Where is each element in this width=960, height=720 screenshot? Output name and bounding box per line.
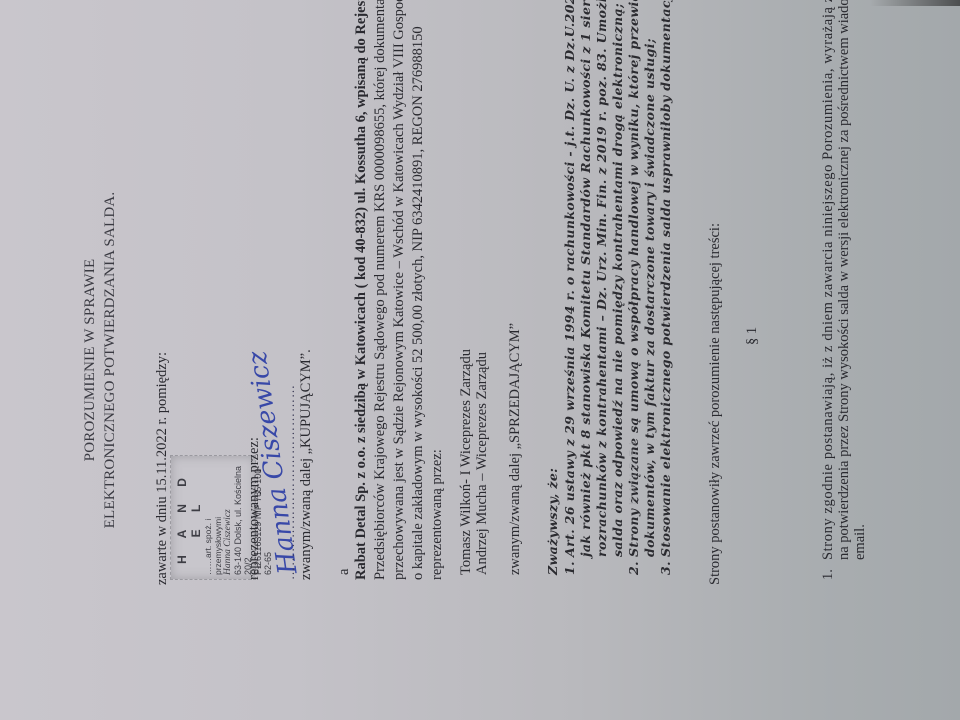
whereas-item-1-line-3: rozrachunków z kontrahentami – Dz. Urz. … — [594, 0, 609, 557]
seller-line-5: reprezentowaną przez: — [427, 449, 447, 580]
whereas-item-1-line-2: jak również pkt 8 stanowiska Komitetu St… — [578, 0, 593, 557]
clause-1-line-3: email. — [850, 524, 870, 560]
intro-text: zawarte w dniu 15.11.2022 r. pomiędzy: — [152, 352, 172, 585]
whereas-item-1-num: 1. — [562, 561, 577, 575]
seller-line-3: przechowywana jest w Sądzie Rejonowym Ka… — [389, 0, 409, 580]
buyer-called-text: zwanym/zwaną dalej „KUPUJĄCYM”. — [298, 349, 314, 580]
whereas-item-3-num: 3. — [658, 561, 673, 575]
document-title-line-2: ELEKTRONICZNEGO POTWIERDZANIA SALDA. — [102, 0, 119, 720]
buyer-called: zwanym/zwaną dalej „KUPUJĄCYM”. — [296, 349, 316, 580]
document-title-line-1: POROZUMIENIE W SPRAWIE — [82, 0, 99, 720]
seller-line-2: Przedsiębiorców Krajowego Rejestru Sądow… — [370, 0, 390, 580]
seller-line-4: o kapitale zakładowym w wysokości 52 500… — [408, 26, 428, 580]
seller-line-1: Rabat Detal Sp. z o.o. z siedzibą w Kato… — [351, 0, 371, 580]
clause-1-line-2: na potwierdzenia przez Strony wysokości … — [834, 0, 854, 560]
whereas-item-1-line-4: salda oraz odpowiedź na nie pomiędzy kon… — [610, 3, 625, 557]
faint-stamp-imprint: HANDEL — [628, 434, 639, 505]
decided-text: Strony postanowiły zawrzeć porozumienie … — [705, 223, 725, 585]
section-heading: § 1 — [742, 327, 762, 345]
stamp-line-3: Hanna Ciszewicz — [223, 460, 233, 575]
seller-called: zwanym/zwaną dalej „SPRZEDAJĄCYM” — [505, 323, 525, 575]
stamp-name: H A N D E L — [175, 460, 203, 575]
seller-representative-2: Andrzej Mucha – Wiceprezes Zarządu — [472, 352, 492, 575]
whereas-item-2-num: 2. — [626, 561, 641, 575]
whereas-item-3-line-1: Stosowanie elektronicznego potwierdzenia… — [658, 0, 673, 557]
whereas-item-2-line-2: dokumentów, w tym faktur za dostarczone … — [642, 38, 657, 557]
whereas-item-1-line-1: Art. 26 ustawy z 29 września 1994 r. o r… — [562, 0, 577, 557]
whereas-heading: Zważywszy, że: — [545, 468, 560, 575]
document-page: POROZUMIENIE W SPRAWIE ELEKTRONICZNEGO P… — [0, 0, 960, 720]
clause-1-num: 1. — [818, 569, 838, 580]
stamp-line-2: ……art. spoż. i przemysłowymi — [203, 460, 223, 575]
